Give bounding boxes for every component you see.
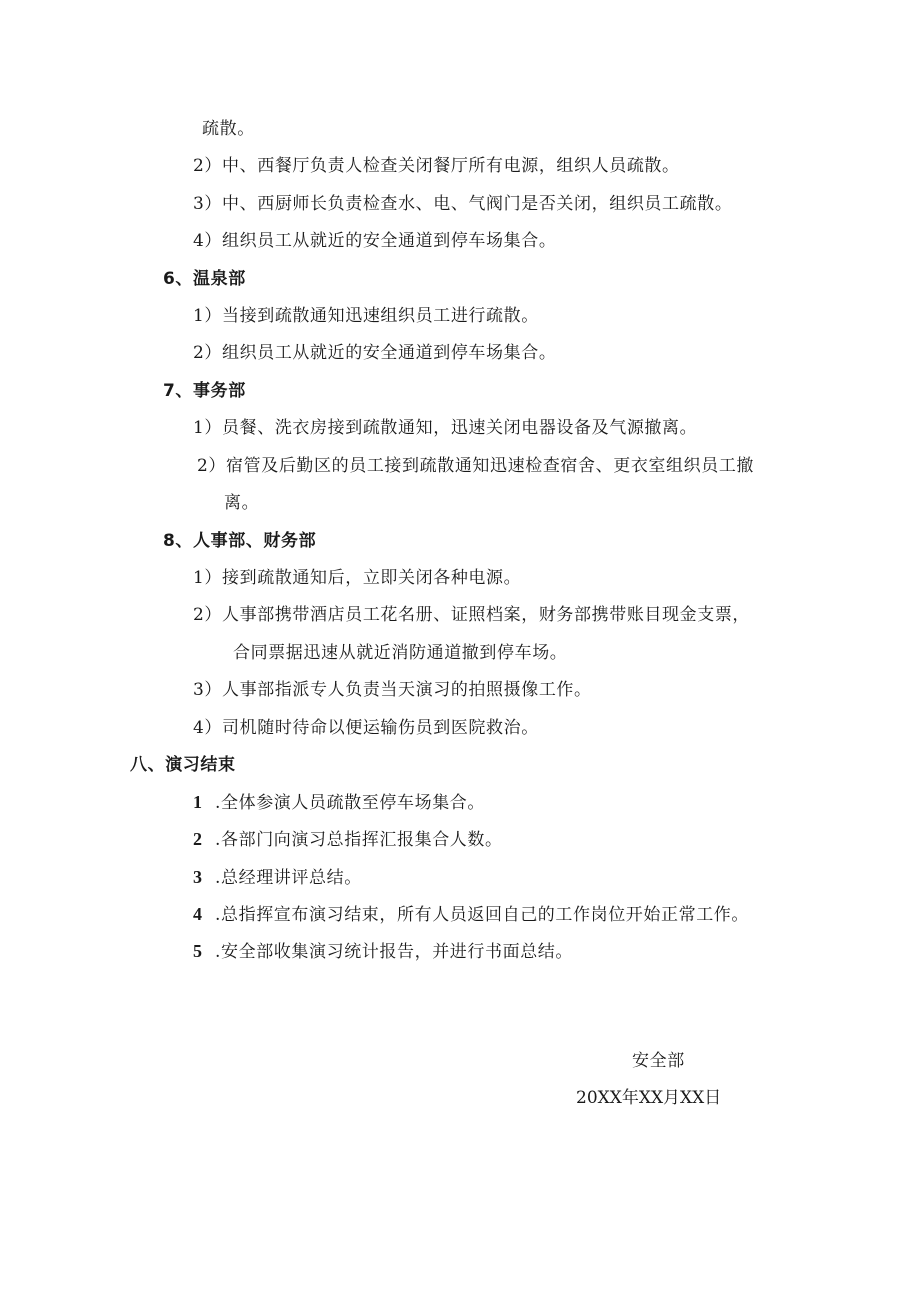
list-item: 1）当接到疏散通知迅速组织员工进行疏散。 [193, 305, 539, 327]
item-text: .全体参演人员疏散至停车场集合。 [215, 793, 485, 813]
list-item: 2）组织员工从就近的安全通道到停车场集合。 [193, 342, 556, 364]
signature-date: 20XX年XX月XX日 [576, 1087, 721, 1109]
item-number: 4 [193, 903, 215, 925]
list-item: 2）中、西餐厅负责人检查关闭餐厅所有电源，组织人员疏散。 [193, 155, 680, 177]
item-number: 2 [193, 828, 215, 850]
continuation-text: 疏散。 [202, 118, 255, 140]
list-item: 2）人事部携带酒店员工花名册、证照档案，财务部携带账目现金支票， [193, 604, 750, 626]
list-item-continuation: 合同票据迅速从就近消防通道撤到停车场。 [233, 642, 567, 664]
list-item: 4）组织员工从就近的安全通道到停车场集合。 [193, 230, 556, 252]
list-item: 1.全体参演人员疏散至停车场集合。 [193, 791, 485, 814]
list-item: 4.总指挥宣布演习结束，所有人员返回自己的工作岗位开始正常工作。 [193, 903, 749, 926]
list-item: 1）接到疏散通知后，立即关闭各种电源。 [193, 567, 521, 589]
list-item: 4）司机随时待命以便运输伤员到医院救治。 [193, 717, 539, 739]
chapter-heading-drill-end: 八、演习结束 [130, 754, 236, 776]
item-number: 1 [193, 791, 215, 813]
section-heading-affairs: 7、事务部 [163, 380, 246, 402]
item-text: .安全部收集演习统计报告，并进行书面总结。 [215, 942, 573, 962]
list-item: 3）中、西厨师长负责检查水、电、气阀门是否关闭，组织员工疏散。 [193, 193, 732, 215]
list-item: 3）人事部指派专人负责当天演习的拍照摄像工作。 [193, 679, 592, 701]
list-item-continuation: 离。 [224, 492, 259, 514]
item-text: .总指挥宣布演习结束，所有人员返回自己的工作岗位开始正常工作。 [215, 905, 749, 925]
signature-department: 安全部 [632, 1050, 685, 1072]
list-item: 3.总经理讲评总结。 [193, 866, 362, 889]
list-item: 1）员餐、洗衣房接到疏散通知，迅速关闭电器设备及气源撤离。 [193, 417, 697, 439]
list-item: 5.安全部收集演习统计报告，并进行书面总结。 [193, 940, 573, 963]
list-item: 2.各部门向演习总指挥汇报集合人数。 [193, 828, 503, 851]
item-text: .总经理讲评总结。 [215, 868, 362, 888]
item-number: 5 [193, 940, 215, 962]
item-text: .各部门向演习总指挥汇报集合人数。 [215, 830, 503, 850]
section-heading-hot-spring: 6、温泉部 [163, 268, 246, 290]
section-heading-hr-finance: 8、人事部、财务部 [163, 530, 316, 552]
item-number: 3 [193, 866, 215, 888]
list-item: 2）宿管及后勤区的员工接到疏散通知迅速检查宿舍、更衣室组织员工撤 [197, 455, 754, 477]
